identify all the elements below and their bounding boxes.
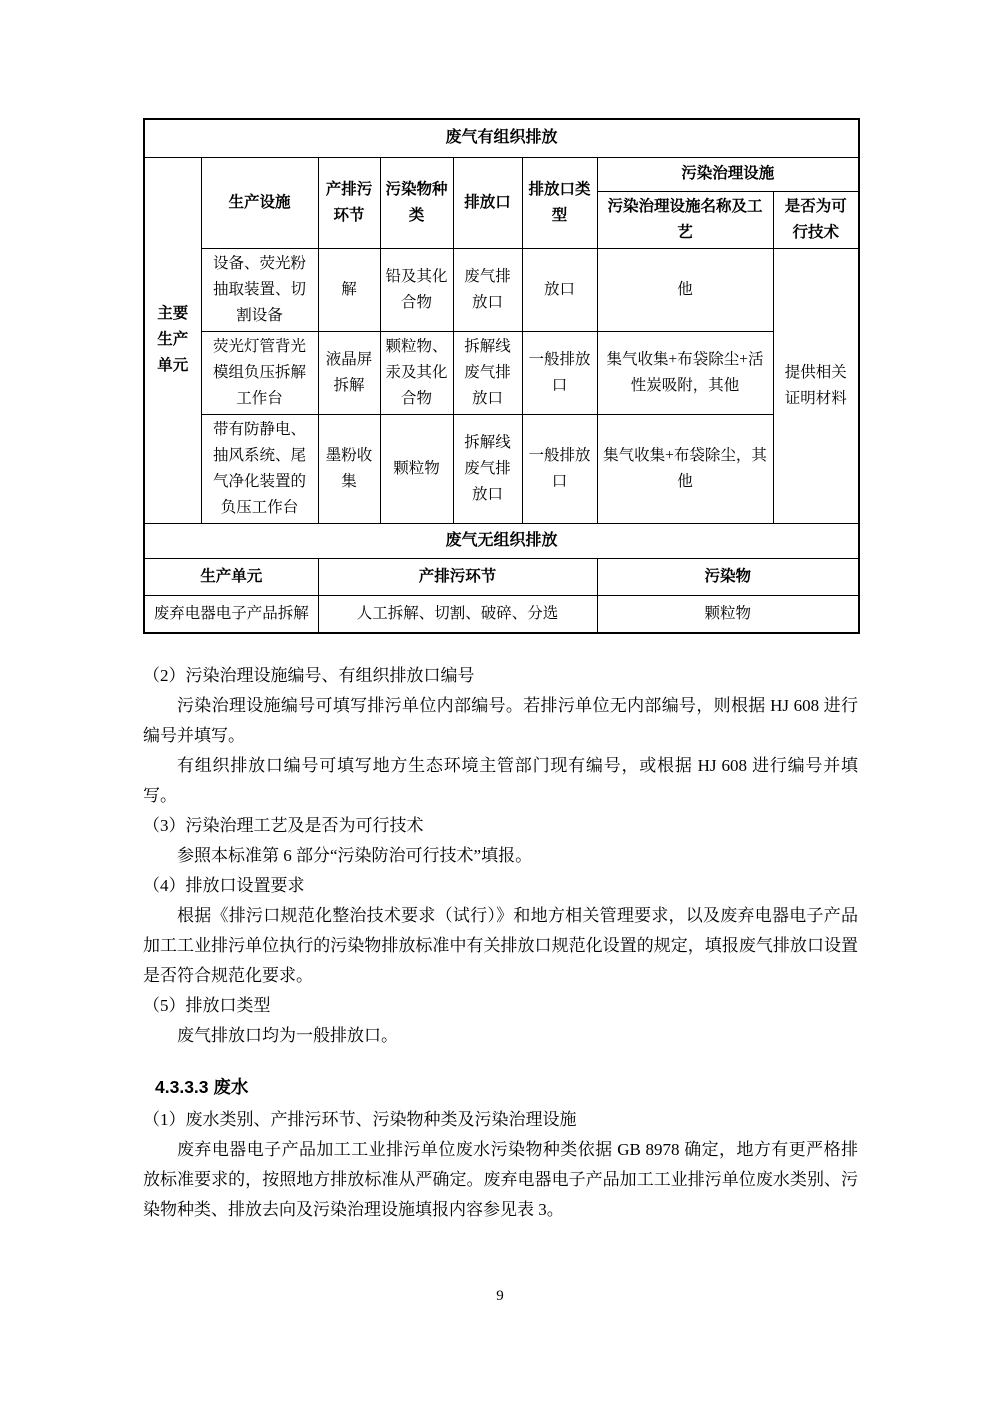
cell-outlet: 拆解线废气排放口 (453, 331, 522, 414)
cell-treatment: 集气收集+布袋除尘+活性炭吸附，其他 (597, 331, 773, 414)
header-pollutant: 污染物 (597, 558, 859, 595)
cell-facility: 设备、荧光粉抽取装置、切割设备 (201, 248, 318, 331)
header-stage: 产排污环节 (318, 558, 597, 595)
cell-stage: 解 (318, 248, 380, 331)
cell-facility: 荧光灯管背光模组负压拆解工作台 (201, 331, 318, 414)
header-outlet-type: 排放口类型 (522, 157, 597, 248)
header-feasible-tech: 是否为可行技术 (773, 191, 859, 248)
cell-facility: 带有防静电、抽风系统、尾气净化装置的负压工作台 (201, 414, 318, 523)
cell-treatment: 集气收集+布袋除尘，其他 (597, 414, 773, 523)
item-4-heading: （4）排放口设置要求 (143, 871, 858, 901)
table-row: 设备、荧光粉抽取装置、切割设备 解 铅及其化合物 废气排放口 放口 他 提供相关… (144, 248, 859, 331)
table-row: 荧光灯管背光模组负压拆解工作台 液晶屏拆解 颗粒物、汞及其化合物 拆解线废气排放… (144, 331, 859, 414)
body-text: （2）污染治理设施编号、有组织排放口编号 污染治理设施编号可填写排污单位内部编号… (143, 661, 858, 1225)
cell-outlet-type: 一般排放口 (522, 414, 597, 523)
header-stage: 产排污环节 (318, 157, 380, 248)
page-number: 9 (0, 1288, 1000, 1305)
cell-stage: 墨粉收集 (318, 414, 380, 523)
cell-stage: 人工拆解、切割、破碎、分选 (318, 595, 597, 633)
cell-pollutant: 颗粒物 (597, 595, 859, 633)
item-5-heading: （5）排放口类型 (143, 991, 858, 1021)
header-pollutant-type: 污染物种类 (380, 157, 453, 248)
organized-emission-title: 废气有组织排放 (144, 119, 859, 157)
section-heading-wastewater: 4.3.3.3 废水 (155, 1072, 858, 1102)
header-treatment-group: 污染治理设施 (597, 157, 859, 191)
item-2-heading: （2）污染治理设施编号、有组织排放口编号 (143, 661, 858, 691)
cell-outlet-type: 一般排放口 (522, 331, 597, 414)
header-main-unit: 主要生产单元 (144, 157, 201, 523)
item-1-paragraph-1: 废弃电器电子产品加工工业排污单位废水污染物种类依据 GB 8978 确定，地方有… (143, 1135, 858, 1225)
cell-pollutants: 颗粒物 (380, 414, 453, 523)
unorganized-emission-title: 废气无组织排放 (144, 523, 859, 558)
header-facility: 生产设施 (201, 157, 318, 248)
item-3-heading: （3）污染治理工艺及是否为可行技术 (143, 811, 858, 841)
table-row: 带有防静电、抽风系统、尾气净化装置的负压工作台 墨粉收集 颗粒物 拆解线废气排放… (144, 414, 859, 523)
header-unit: 生产单元 (144, 558, 318, 595)
item-4-paragraph-1: 根据《排污口规范化整治技术要求（试行）》和地方相关管理要求，以及废弃电器电子产品… (143, 901, 858, 991)
cell-outlet: 废气排放口 (453, 248, 522, 331)
table-row: 废气有组织排放 (144, 119, 859, 157)
page-content: 废气有组织排放 主要生产单元 生产设施 产排污环节 污染物种类 排放口 排放口类… (143, 118, 858, 1225)
cell-pollutants: 颗粒物、汞及其化合物 (380, 331, 453, 414)
item-1-heading: （1）废水类别、产排污环节、污染物种类及污染治理设施 (143, 1105, 858, 1135)
waste-gas-emission-table: 废气有组织排放 主要生产单元 生产设施 产排污环节 污染物种类 排放口 排放口类… (143, 118, 860, 634)
item-5-paragraph-1: 废气排放口均为一般排放口。 (143, 1021, 858, 1051)
table-row: 主要生产单元 生产设施 产排污环节 污染物种类 排放口 排放口类型 污染治理设施 (144, 157, 859, 191)
item-2-paragraph-2: 有组织排放口编号可填写地方生态环境主管部门现有编号，或根据 HJ 608 进行编… (143, 751, 858, 811)
table-row: 废气无组织排放 (144, 523, 859, 558)
cell-stage: 液晶屏拆解 (318, 331, 380, 414)
header-treatment-name: 污染治理设施名称及工艺 (597, 191, 773, 248)
cell-outlet-type: 放口 (522, 248, 597, 331)
item-2-paragraph-1: 污染治理设施编号可填写排污单位内部编号。若排污单位无内部编号，则根据 HJ 60… (143, 691, 858, 751)
header-outlet: 排放口 (453, 157, 522, 248)
cell-treatment: 他 (597, 248, 773, 331)
cell-pollutants: 铅及其化合物 (380, 248, 453, 331)
cell-feasible-note: 提供相关证明材料 (773, 248, 859, 523)
cell-unit: 废弃电器电子产品拆解 (144, 595, 318, 633)
table-row: 生产单元 产排污环节 污染物 (144, 558, 859, 595)
document-page: 废气有组织排放 主要生产单元 生产设施 产排污环节 污染物种类 排放口 排放口类… (0, 0, 1000, 1414)
table-row: 废弃电器电子产品拆解 人工拆解、切割、破碎、分选 颗粒物 (144, 595, 859, 633)
cell-outlet: 拆解线废气排放口 (453, 414, 522, 523)
item-3-paragraph-1: 参照本标准第 6 部分“污染防治可行技术”填报。 (143, 841, 858, 871)
